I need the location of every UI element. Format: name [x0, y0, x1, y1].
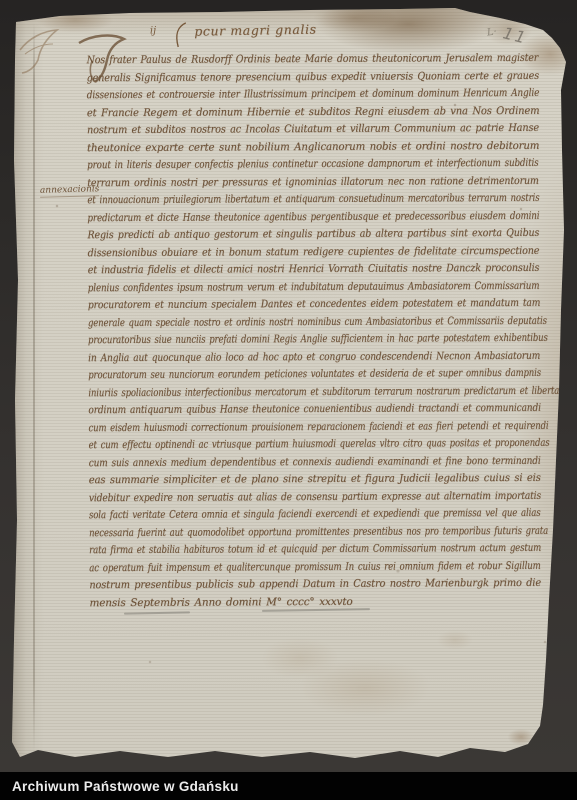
- manuscript-line: terrarum ordinis nostri per pressuras et…: [87, 173, 494, 193]
- manuscript-line: necessaria fuerint aut quomodolibet oppo…: [89, 523, 454, 542]
- manuscript-line: generalis Significamus tenore presencium…: [87, 68, 499, 88]
- manuscript-line: plenius confidentes ipsum nostrum verum …: [88, 278, 465, 297]
- pencil-corner-mark: L·: [486, 26, 497, 38]
- archive-watermark-label: Archiwum Państwowe w Gdańsku: [12, 779, 239, 794]
- manuscript-line: sola facti veritate Cetera omnia et sing…: [89, 505, 458, 524]
- manuscript-line: eas summarie simpliciter et de plano sin…: [89, 470, 520, 490]
- pencil-underline: [124, 611, 190, 614]
- manuscript-line: videbitur expedire non seruatis aut alia…: [89, 488, 480, 508]
- manuscript-line: iniuriis spoliacionibus interfectionibus…: [88, 383, 453, 402]
- manuscript-text-block: Nos frater Paulus de Rusdorff Ordinis be…: [87, 50, 546, 612]
- manuscript-line: generale quam speciale nostro et ordinis…: [88, 313, 453, 332]
- manuscript-line: cum eisdem huiusmodi correctionum prouis…: [88, 418, 453, 437]
- manuscript-line: procuratorem et nuncium specialem Dantes…: [88, 295, 483, 315]
- manuscript-line: dissensionibus obuiare et in bonum statu…: [88, 243, 502, 263]
- manuscript-line: cum suis annexis medium dependentibus et…: [89, 453, 474, 473]
- manuscript-line: dissensiones et controuersie inter Illus…: [87, 85, 471, 105]
- manuscript-line: rata firma et stabilia habituros totum i…: [89, 540, 458, 559]
- page-heading: ij pcur magri gnalis: [150, 19, 317, 50]
- manuscript-line: et cum effectu optinendi ac vtriusque pa…: [89, 435, 454, 454]
- manuscript-line: procuratoribus siue nunciis prefati domi…: [88, 330, 453, 349]
- scan-background: ij pcur magri gnalis L· 11 annexacionis …: [0, 0, 577, 800]
- archive-watermark-bar: Archiwum Państwowe w Gdańsku: [0, 772, 577, 800]
- manuscript-line: procuratorum seu nunciorum eorundem peti…: [88, 365, 453, 384]
- manuscript-line: in Anglia aut quocunque alio loco ad hoc…: [88, 348, 477, 368]
- folio-number: 11: [501, 23, 529, 47]
- manuscript-line: predictarum et dicte Hanse theutonice ag…: [87, 208, 464, 227]
- gutter-fold-line: [33, 22, 35, 752]
- manuscript-line: et innouacionum priuilegiorum libertatum…: [87, 190, 456, 209]
- manuscript-line: ordinum antiquarum quibus Hanse theutoni…: [88, 400, 476, 420]
- heading-index-mark: ij: [150, 25, 157, 36]
- manuscript-line: ac operatum fuit impensum et qualitercun…: [89, 558, 459, 577]
- manuscript-line: prout in literis desuper confectis pleni…: [87, 155, 464, 174]
- manuscript-line: nostrum et subditos nostros ac Incolas C…: [87, 120, 506, 140]
- manuscript-line: nostrum presentibus publicis sub appendi…: [89, 575, 511, 595]
- manuscript-line: et industria fidelis et dilecti amici no…: [88, 260, 498, 280]
- margin-flourish-icon: [17, 26, 79, 74]
- heading-title: pcur magri gnalis: [194, 22, 317, 39]
- manuscript-line: Nos frater Paulus de Rusdorff Ordinis be…: [87, 50, 495, 70]
- heading-flourish-icon: [172, 21, 188, 49]
- manuscript-line: theutonice exparte certe sunt nobilium A…: [87, 137, 527, 157]
- manuscript-line: Regis predicti ab antiquo gestorum et si…: [87, 225, 495, 245]
- manuscript-line: et Francie Regem et dominum Hibernie et …: [87, 102, 517, 122]
- manuscript-page: ij pcur magri gnalis L· 11 annexacionis …: [0, 0, 577, 800]
